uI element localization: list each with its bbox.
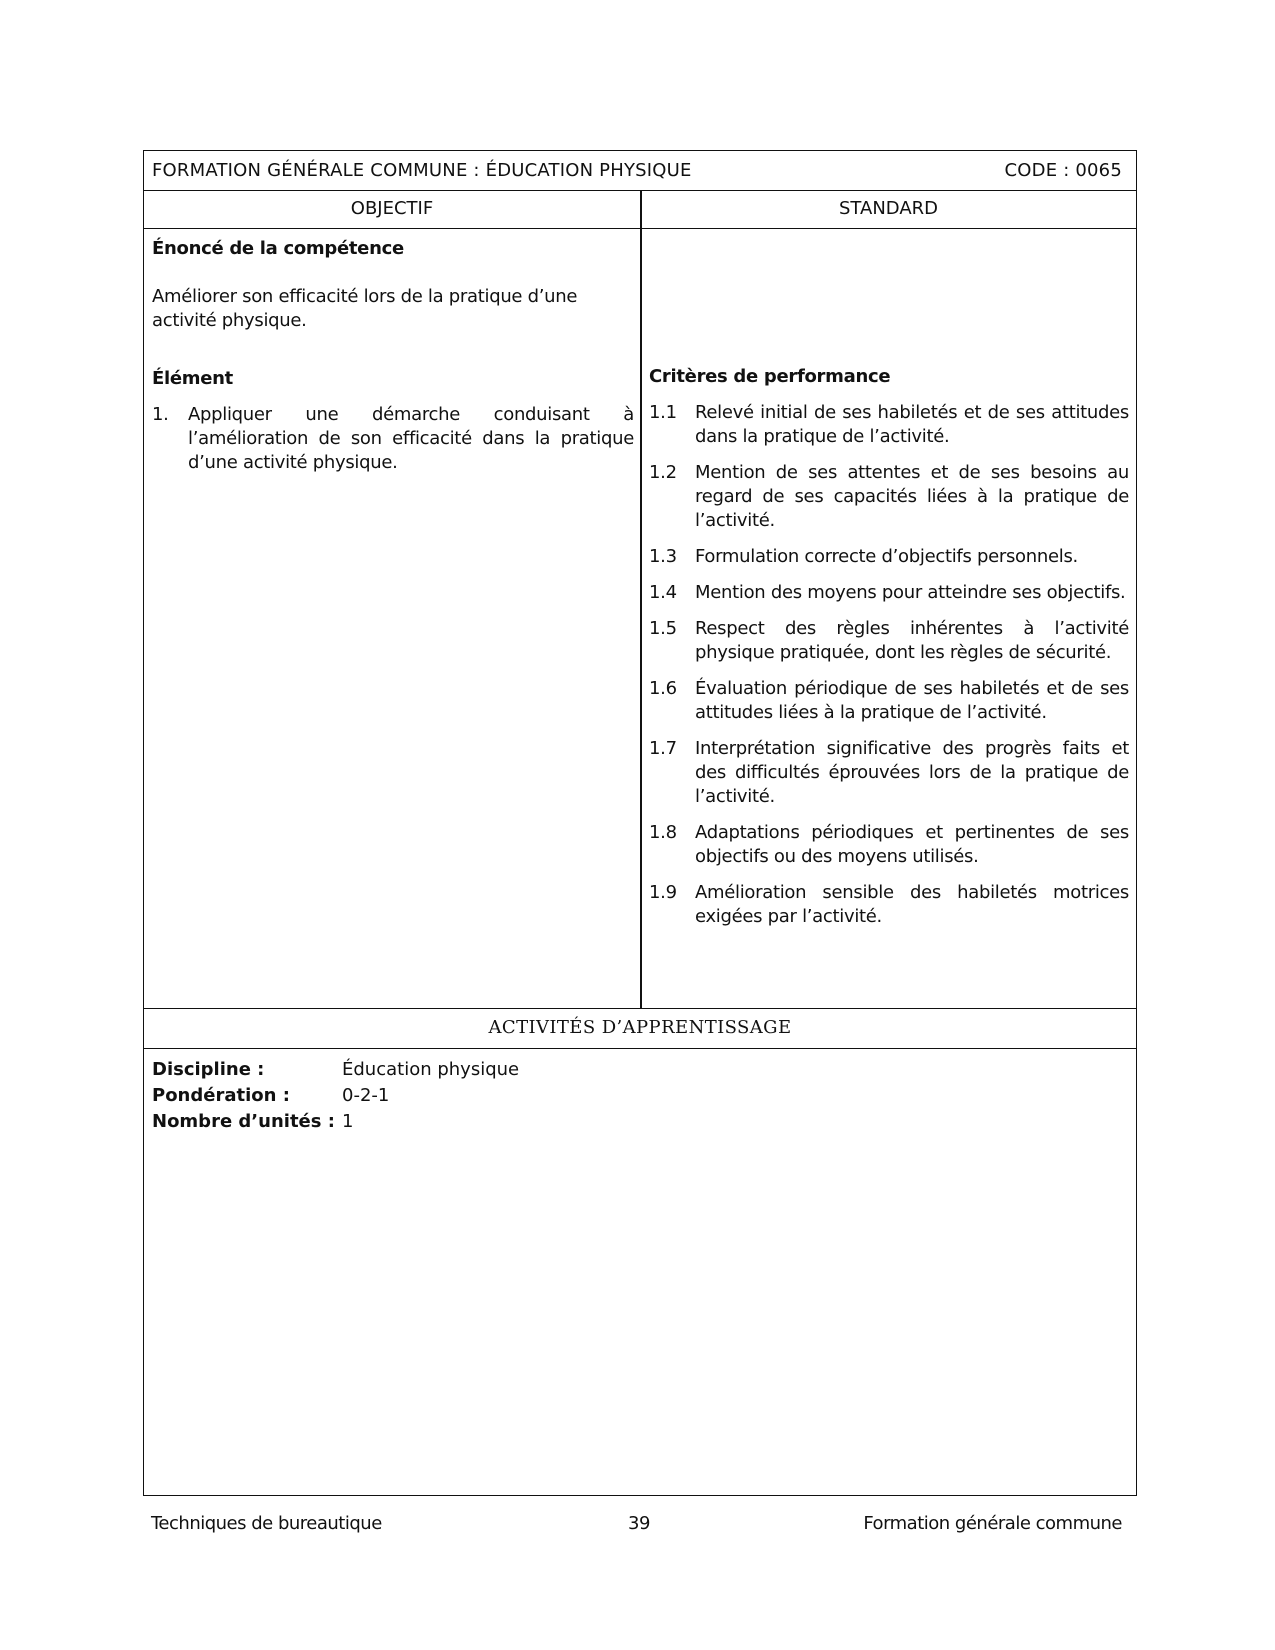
criterion-text: Formulation correcte d’objectifs personn…	[695, 545, 1129, 569]
info-label: Nombre d’unités :	[152, 1109, 342, 1135]
footer-section-name: Formation générale commune	[863, 1513, 1122, 1534]
criterion-item: 1.5Respect des règles inhérentes à l’act…	[649, 617, 1129, 665]
criterion-number: 1.6	[649, 677, 695, 725]
column-header-objectif: OBJECTIF	[144, 198, 640, 219]
criterion-number: 1.7	[649, 737, 695, 809]
criterion-number: 1.4	[649, 581, 695, 605]
info-value: Éducation physique	[342, 1057, 519, 1083]
element-item: 1. Appliquer une démarche conduisant à l…	[152, 403, 634, 475]
discipline-info: Discipline :Éducation physique Pondérati…	[152, 1057, 519, 1135]
document-title: FORMATION GÉNÉRALE COMMUNE : ÉDUCATION P…	[152, 160, 692, 181]
criterion-number: 1.8	[649, 821, 695, 869]
standard-column: Critères de performance 1.1Relevé initia…	[649, 365, 1129, 929]
criterion-item: 1.9Amélioration sensible des habiletés m…	[649, 881, 1129, 929]
info-value: 1	[342, 1109, 353, 1135]
criterion-text: Mention de ses attentes et de ses besoin…	[695, 461, 1129, 533]
competency-table: FORMATION GÉNÉRALE COMMUNE : ÉDUCATION P…	[143, 150, 1137, 1496]
criterion-item: 1.1Relevé initial de ses habiletés et de…	[649, 401, 1129, 449]
element-text: Appliquer une démarche conduisant à l’am…	[188, 403, 634, 475]
column-divider	[640, 190, 642, 1008]
activites-header-row: ACTIVITÉS D’APPRENTISSAGE	[144, 1008, 1136, 1049]
criteria-heading: Critères de performance	[649, 365, 1129, 389]
criterion-number: 1.3	[649, 545, 695, 569]
element-number: 1.	[152, 403, 188, 475]
document-page: FORMATION GÉNÉRALE COMMUNE : ÉDUCATION P…	[0, 0, 1275, 1650]
info-row-ponderation: Pondération :0-2-1	[152, 1083, 519, 1109]
info-label: Discipline :	[152, 1057, 342, 1083]
info-row-unites: Nombre d’unités :1	[152, 1109, 519, 1135]
title-row: FORMATION GÉNÉRALE COMMUNE : ÉDUCATION P…	[144, 151, 1136, 191]
footer-page-number: 39	[628, 1513, 650, 1534]
criterion-text: Interprétation significative des progrès…	[695, 737, 1129, 809]
criterion-text: Adaptations périodiques et pertinentes d…	[695, 821, 1129, 869]
criterion-text: Relevé initial de ses habiletés et de se…	[695, 401, 1129, 449]
enonce-text: Améliorer son efficacité lors de la prat…	[152, 285, 634, 333]
criterion-number: 1.9	[649, 881, 695, 929]
criterion-text: Évaluation périodique de ses habiletés e…	[695, 677, 1129, 725]
activites-heading: ACTIVITÉS D’APPRENTISSAGE	[144, 1017, 1136, 1038]
criterion-text: Mention des moyens pour atteindre ses ob…	[695, 581, 1129, 605]
criterion-number: 1.1	[649, 401, 695, 449]
criterion-text: Respect des règles inhérentes à l’activi…	[695, 617, 1129, 665]
criterion-item: 1.3Formulation correcte d’objectifs pers…	[649, 545, 1129, 569]
criterion-text: Amélioration sensible des habiletés motr…	[695, 881, 1129, 929]
element-heading: Élément	[152, 367, 634, 391]
info-value: 0-2-1	[342, 1083, 389, 1109]
criterion-item: 1.6Évaluation périodique de ses habileté…	[649, 677, 1129, 725]
info-row-discipline: Discipline :Éducation physique	[152, 1057, 519, 1083]
criterion-item: 1.7Interprétation significative des prog…	[649, 737, 1129, 809]
criterion-number: 1.5	[649, 617, 695, 665]
criterion-item: 1.8Adaptations périodiques et pertinente…	[649, 821, 1129, 869]
course-code: CODE : 0065	[1005, 160, 1123, 181]
criterion-number: 1.2	[649, 461, 695, 533]
footer-program-name: Techniques de bureautique	[151, 1513, 382, 1534]
enonce-heading: Énoncé de la compétence	[152, 237, 634, 261]
criterion-item: 1.4Mention des moyens pour atteindre ses…	[649, 581, 1129, 605]
info-label: Pondération :	[152, 1083, 342, 1109]
objectif-column: Énoncé de la compétence Améliorer son ef…	[152, 237, 634, 475]
column-header-standard: STANDARD	[641, 198, 1136, 219]
criterion-item: 1.2Mention de ses attentes et de ses bes…	[649, 461, 1129, 533]
